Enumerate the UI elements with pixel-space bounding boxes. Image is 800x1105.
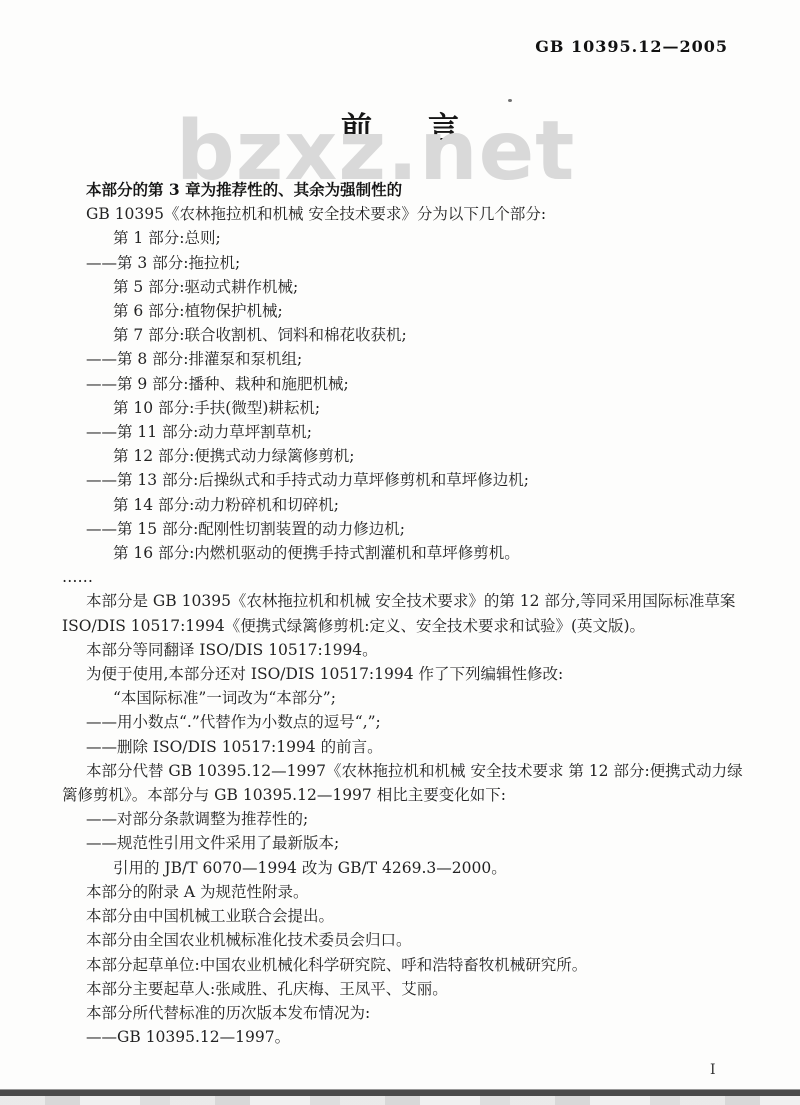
text-line: ——第 8 部分:排灌泵和泵机组;: [86, 347, 752, 371]
text-line: 第 1 部分:总则;: [113, 226, 752, 250]
text-line: 为便于使用,本部分还对 ISO/DIS 10517:1994 作了下列编辑性修改…: [86, 662, 752, 686]
text-line: 第 7 部分:联合收割机、饲料和棉花收获机;: [113, 323, 752, 347]
text-line: 第 5 部分:驱动式耕作机械;: [113, 275, 752, 299]
document-page: GB 10395.12—2005 前言 bzxz.net 本部分的第 3 章为推…: [0, 0, 800, 1105]
text-line: ——第 13 部分:后操纵式和手持式动力草坪修剪机和草坪修边机;: [86, 468, 752, 492]
foreword-body: 本部分的第 3 章为推荐性的、其余为强制性的GB 10395《农林拖拉机和机械 …: [62, 178, 752, 1049]
text-line: ISO/DIS 10517:1994《便携式绿篱修剪机:定义、安全技术要求和试验…: [62, 614, 752, 638]
text-line: 本部分是 GB 10395《农林拖拉机和机械 安全技术要求》的第 12 部分,等…: [86, 589, 752, 613]
text-line: 本部分等同翻译 ISO/DIS 10517:1994。: [86, 638, 752, 662]
text-line: 第 12 部分:便携式动力绿篱修剪机;: [113, 444, 752, 468]
text-line: ……: [62, 565, 752, 589]
text-line: 引用的 JB/T 6070—1994 改为 GB/T 4269.3—2000。: [113, 856, 752, 880]
text-line: ——GB 10395.12—1997。: [86, 1025, 752, 1049]
text-line: 本部分代替 GB 10395.12—1997《农林拖拉机和机械 安全技术要求 第…: [86, 759, 752, 783]
text-line: 第 14 部分:动力粉碎机和切碎机;: [113, 493, 752, 517]
text-line: 本部分起草单位:中国农业机械化科学研究院、呼和浩特畜牧机械研究所。: [86, 953, 752, 977]
text-line: 本部分由全国农业机械标准化技术委员会归口。: [86, 928, 752, 952]
page-number: I: [710, 1062, 716, 1078]
text-line: ——第 11 部分:动力草坪割草机;: [86, 420, 752, 444]
text-line: 第 10 部分:手扶(微型)耕耘机;: [113, 396, 752, 420]
text-line: ——用小数点“.”代替作为小数点的逗号“,”;: [86, 710, 752, 734]
text-line: 本部分的第 3 章为推荐性的、其余为强制性的: [86, 178, 752, 202]
text-line: 本部分所代替标准的历次版本发布情况为:: [86, 1001, 752, 1025]
text-line: ——删除 ISO/DIS 10517:1994 的前言。: [86, 735, 752, 759]
text-line: ——规范性引用文件采用了最新版本;: [86, 831, 752, 855]
text-line: ——对部分条款调整为推荐性的;: [86, 807, 752, 831]
text-line: 第 6 部分:植物保护机械;: [113, 299, 752, 323]
scan-edge-bar: [0, 1089, 800, 1096]
text-line: 篱修剪机》。本部分与 GB 10395.12—1997 相比主要变化如下:: [62, 783, 752, 807]
text-line: 本部分主要起草人:张咸胜、孔庆梅、王凤平、艾丽。: [86, 977, 752, 1001]
scan-speck: [508, 99, 512, 102]
text-line: ——第 3 部分:拖拉机;: [86, 251, 752, 275]
standard-code: GB 10395.12—2005: [535, 37, 728, 56]
text-line: ——第 9 部分:播种、栽种和施肥机械;: [86, 372, 752, 396]
text-line: 第 16 部分:内燃机驱动的便携手持式割灌机和草坪修剪机。: [113, 541, 752, 565]
text-line: ——第 15 部分:配刚性切割装置的动力修边机;: [86, 517, 752, 541]
text-line: 本部分的附录 A 为规范性附录。: [86, 880, 752, 904]
text-line: GB 10395《农林拖拉机和机械 安全技术要求》分为以下几个部分:: [86, 202, 752, 226]
scan-edge-noise: [0, 1096, 800, 1105]
text-line: “本国际标准”一词改为“本部分”;: [113, 686, 752, 710]
text-line: 本部分由中国机械工业联合会提出。: [86, 904, 752, 928]
